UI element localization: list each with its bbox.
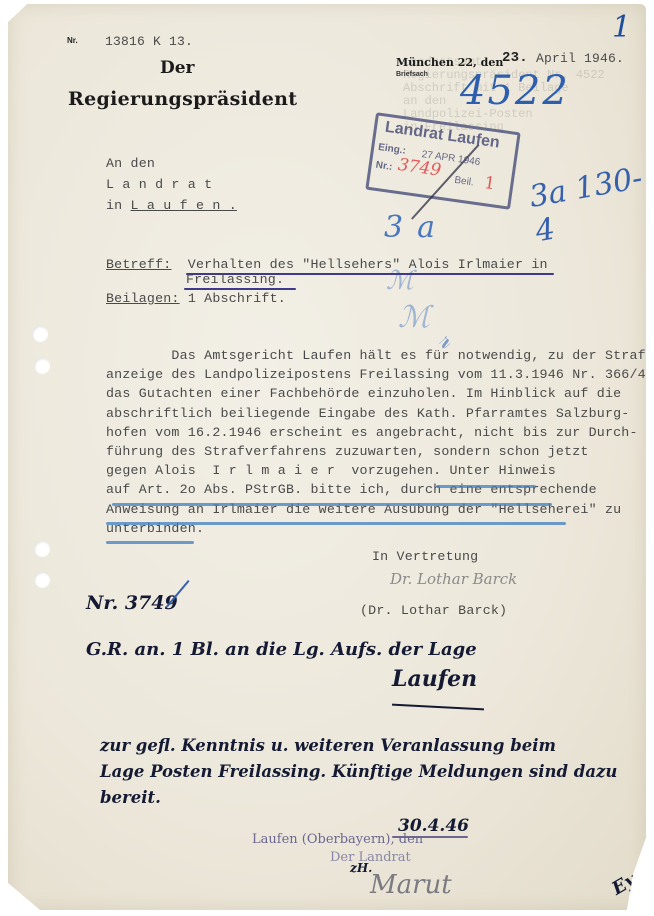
recipient-in: in [106,198,131,213]
purple-underline [184,288,296,290]
letter-body: Das Amtsgericht Laufen hält es für notwe… [106,346,654,538]
registration-number: Nr. 3749 [86,592,178,614]
handwritten-reference-number: 4522 [460,68,570,114]
blue-pencil-underline [106,522,566,525]
handwritten-para-line2: Lage Posten Freilassing. Künftige Meldun… [100,762,617,781]
body-line: auf Art. 2o Abs. PStrGB. bitte ich, durc… [106,480,654,499]
handwritten-signature: Dr. Lothar Barck [390,570,517,588]
betreff-text-line1: Verhalten des "Hellsehers" Alois Irlmaie… [188,257,548,272]
handwritten-place: Laufen [392,666,477,692]
recipient-line2: L a n d r a t [106,177,212,192]
recipient-line1: An den [106,156,155,171]
date-day: 23. [502,50,528,66]
betreff-line: Betreff: Verhalten des "Hellsehers" Aloi… [106,257,548,272]
recipient-place: L a u f e n . [131,198,237,213]
nr-label: Nr. [67,36,78,45]
on-behalf-label: In Vertretung [372,549,478,564]
handwritten-para-line3: bereit. [100,788,161,807]
betreff-text-line2: Freilassing. [186,272,284,287]
file-reference-annotation: 3a 130-4 [527,161,651,250]
footer-signature: Marut [370,870,452,900]
blue-scribble: ℳ [398,300,430,335]
footer-abbrev: zH. [350,861,372,875]
corner-initial: Ey [608,869,639,899]
punch-hole [34,541,50,557]
authority-der: Der [160,58,195,78]
body-line: anzeige des Landpolizeipostens Freilassi… [106,365,654,384]
typed-signatory-name: (Dr. Lothar Barck) [360,603,507,618]
stamp-nr-label: Nr.: [375,160,393,173]
handwritten-note-line1: G.R. an. 1 Bl. an die Lg. Aufs. der Lage [86,639,477,660]
page-number-mark: 1 [612,10,631,45]
initials-annotation: 3a [384,210,449,245]
punch-hole [32,326,48,342]
beilagen-label: Beilagen: [106,291,180,306]
punch-hole [34,358,50,374]
date-rest: April 1946. [536,51,624,66]
betreff-label: Betreff: [106,257,171,272]
body-line: gegen Alois I r l m a i e r vorzugehen. … [106,461,654,480]
body-line: abschriftlich beiliegende Eingabe des Ka… [106,404,654,423]
authority-title: Regierungspräsident [68,88,297,110]
body-line: das Gutachten einer Fachbehörde einzuhol… [106,384,654,403]
body-line: Das Amtsgericht Laufen hält es für notwe… [106,346,654,365]
footer-stamp-date: 30.4.46 [398,816,469,836]
body-line: führung des Strafverfahrens zuzuwarten, … [106,442,654,461]
stamp-beil-value: 1 [483,173,497,194]
postbox-label: Briefsach [396,71,428,78]
body-line: hofen vom 16.2.1946 erscheint es angebra… [106,423,654,442]
punch-hole [34,572,50,588]
handwritten-para-line1: zur gefl. Kenntnis u. weiteren Veranlass… [100,736,556,755]
blue-pencil-underline [436,485,536,488]
blue-pencil-underline [112,503,552,506]
recipient-line3: in L a u f e n . [106,198,237,213]
file-number: 13816 K 13. [105,34,193,49]
date-underline [392,836,468,838]
beilagen-value: 1 Abschrift. [188,291,286,306]
stamp-beil-label: Beil. [454,175,475,189]
blue-pencil-underline [106,541,194,544]
beilagen-line: Beilagen: 1 Abschrift. [106,291,286,306]
place-underline [392,704,484,711]
document-page: Landratsamt Regierungspräsident Nr. 4522… [8,4,646,910]
